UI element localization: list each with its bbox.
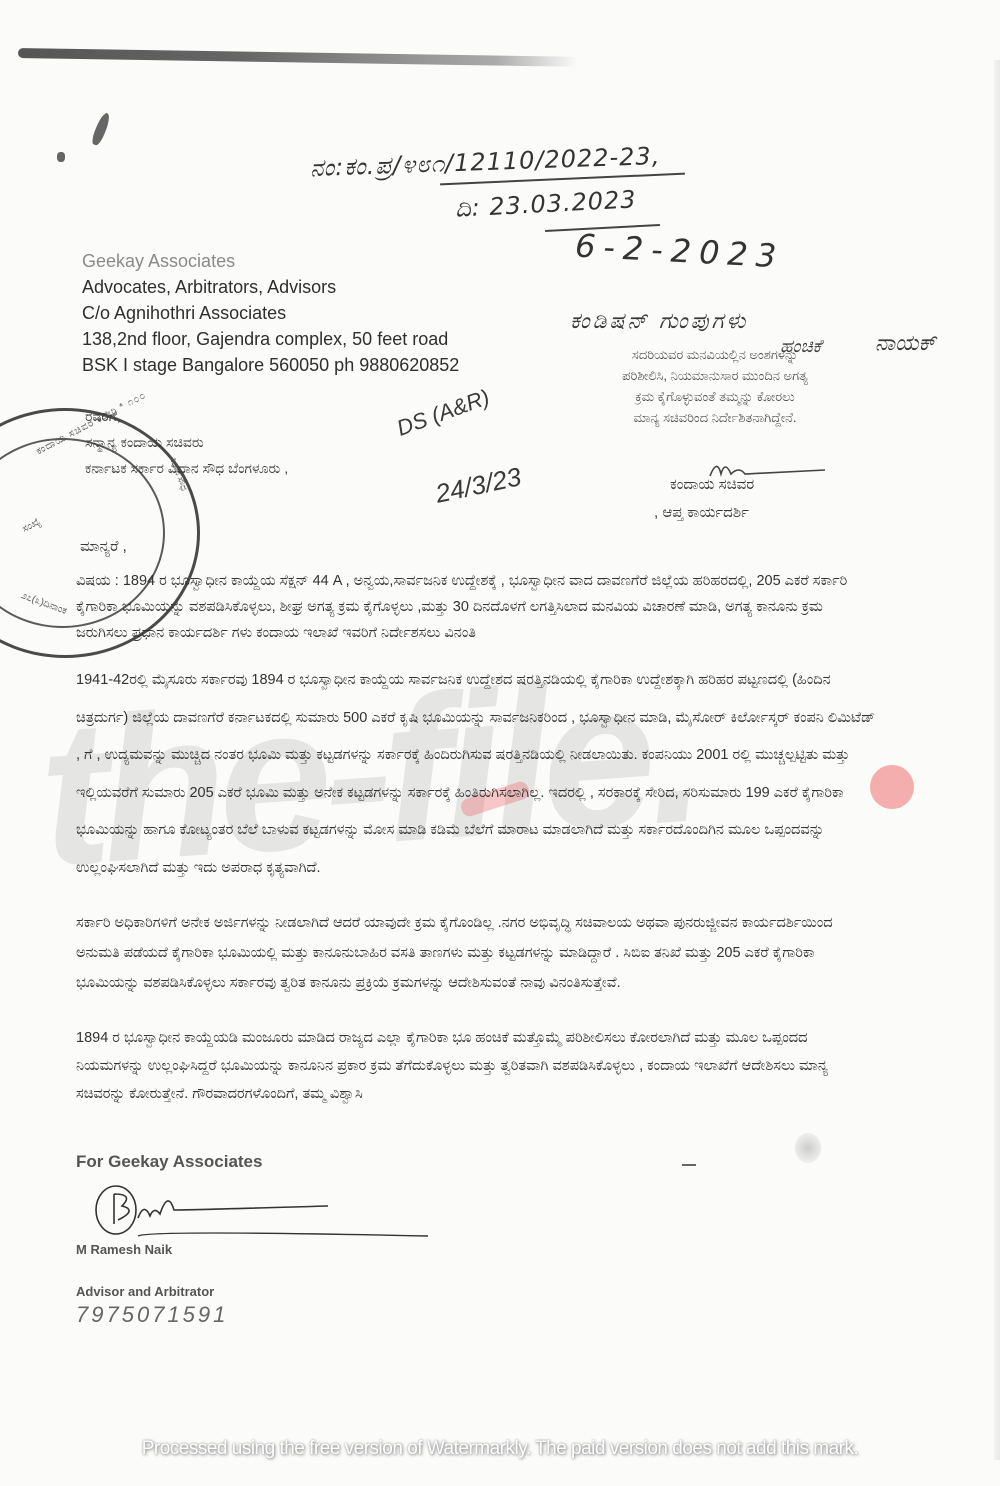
- endorsement-role-secretary: , ಆಪ್ತ ಕಾರ್ಯದರ್ಶಿ: [654, 504, 749, 521]
- footer-watermark: Processed using the free version of Wate…: [0, 1438, 1000, 1460]
- salutation: ಮಾನ್ಯರೆ ,: [80, 538, 127, 555]
- recipient-line-1: ಸನ್ಮಾನ್ಯ ಕಂದಾಯ ಸಚಿವರು: [85, 434, 204, 451]
- overlay-watermark-dot: [870, 765, 914, 809]
- address-line-2: BSK I stage Bangalore 560050 ph 98806208…: [82, 352, 459, 378]
- firm-name: Geekay Associates: [82, 248, 459, 274]
- ink-blot: [90, 111, 112, 146]
- ink-smudge: [795, 1133, 821, 1163]
- body-paragraph-1: 1941-42ರಲ್ಲಿ ಮೈಸೂರು ಸರ್ಕಾರವು 1894 ರ ಭೂಸ್…: [76, 662, 876, 887]
- endorsement-line: ಮಾನ್ಯ ಸಚಿವರಿಂದ ನಿರ್ದೇಶಿತನಾಗಿದ್ದೇನೆ.: [570, 407, 860, 428]
- endorsement-line: ಕ್ರಮ ಕೈಗೊಳ್ಳುವಂತೆ ತಮ್ಮನ್ನು ಕೋರಲು: [570, 386, 860, 407]
- signature: [88, 1180, 448, 1240]
- endorsement-line: ಪರಿಶೀಲಿಸಿ, ನಿಯಮಾನುಸಾರ ಮುಂದಿನ ಅಗತ್ಯ: [570, 365, 860, 386]
- page-edge: [994, 60, 1000, 1460]
- body-paragraph-3: 1894 ರ ಭೂಸ್ವಾಧೀನ ಕಾಯ್ದೆಯಡಿ ಮಂಜೂರು ಮಾಡಿದ …: [76, 1024, 876, 1108]
- paragraph-text: 1941-42ರಲ್ಲಿ ಮೈಸೂರು ಸರ್ಕಾರವು 1894 ರ ಭೂಸ್…: [76, 662, 876, 887]
- signature-block: For Geekay Associates M Ramesh Naik Advi…: [76, 1152, 262, 1172]
- signer-role: Advisor and Arbitrator: [76, 1284, 214, 1299]
- body-paragraph-2: ಸರ್ಕಾರಿ ಅಧಿಕಾರಿಗಳಿಗೆ ಅನೇಕ ಅರ್ಜಿಗಳನ್ನು ನೀ…: [76, 908, 876, 998]
- endorsement-line: ಸದರಿಯವರ ಮನವಿಯಲ್ಲಿನ ಅಂಶಗಳನ್ನು: [570, 344, 860, 365]
- inward-note: DS (A&R): [393, 384, 493, 441]
- firm-tagline: Advocates, Arbitrators, Advisors: [82, 274, 459, 300]
- paragraph-text: 1894 ರ ಭೂಸ್ವಾಧೀನ ಕಾಯ್ದೆಯಡಿ ಮಂಜೂರು ಮಾಡಿದ …: [76, 1024, 876, 1108]
- signer-name: M Ramesh Naik: [76, 1242, 172, 1257]
- handwritten-reference-date: ದಿ: 23.03.2023: [454, 185, 637, 222]
- endorsement-role: ಕಂದಾಯ ಸಚಿವರ: [670, 476, 754, 493]
- endorsement-handwritten-name: ನಾಯಕ್: [875, 330, 936, 356]
- ink-blot: [57, 152, 65, 162]
- signer-phone-handwritten: 7975071591: [76, 1302, 228, 1328]
- inward-note-date: 24/3/23: [433, 461, 524, 509]
- letterhead: Geekay Associates Advocates, Arbitrators…: [82, 248, 459, 378]
- subject: ವಿಷಯ : 1894 ರ ಭೂಸ್ವಾಧೀನ ಕಾಯ್ದೆಯ ಸೆಕ್ಷನ್ …: [76, 568, 876, 646]
- endorsement-typed-text: ಸದರಿಯವರ ಮನವಿಯಲ್ಲಿನ ಅಂಶಗಳನ್ನು ಪರಿಶೀಲಿಸಿ, …: [570, 344, 860, 428]
- recipient-line-2: ಕರ್ನಾಟಕ ಸರ್ಕಾರ ವಿಧಾನ ಸೌಧ ಬೆಂಗಳೂರು ,: [85, 460, 288, 477]
- subject-text: ವಿಷಯ : 1894 ರ ಭೂಸ್ವಾಧೀನ ಕಾಯ್ದೆಯ ಸೆಕ್ಷನ್ …: [76, 568, 876, 646]
- address-line-1: 138,2nd floor, Gajendra complex, 50 feet…: [82, 326, 459, 352]
- care-of: C/o Agnihothri Associates: [82, 300, 459, 326]
- for-firm-line: For Geekay Associates: [76, 1152, 262, 1172]
- paragraph-text: ಸರ್ಕಾರಿ ಅಧಿಕಾರಿಗಳಿಗೆ ಅನೇಕ ಅರ್ಜಿಗಳನ್ನು ನೀ…: [76, 908, 876, 998]
- pen-mark: [682, 1164, 696, 1166]
- top-pen-stroke: [18, 48, 578, 67]
- endorsement-handwritten-heading: ಕಂಡಿಷನ್ ಗುಂಪುಗಳು: [570, 308, 748, 334]
- recipient-to: ರವರಿಗೆ,: [85, 408, 121, 425]
- handwritten-date: 6-2-2023: [574, 227, 785, 276]
